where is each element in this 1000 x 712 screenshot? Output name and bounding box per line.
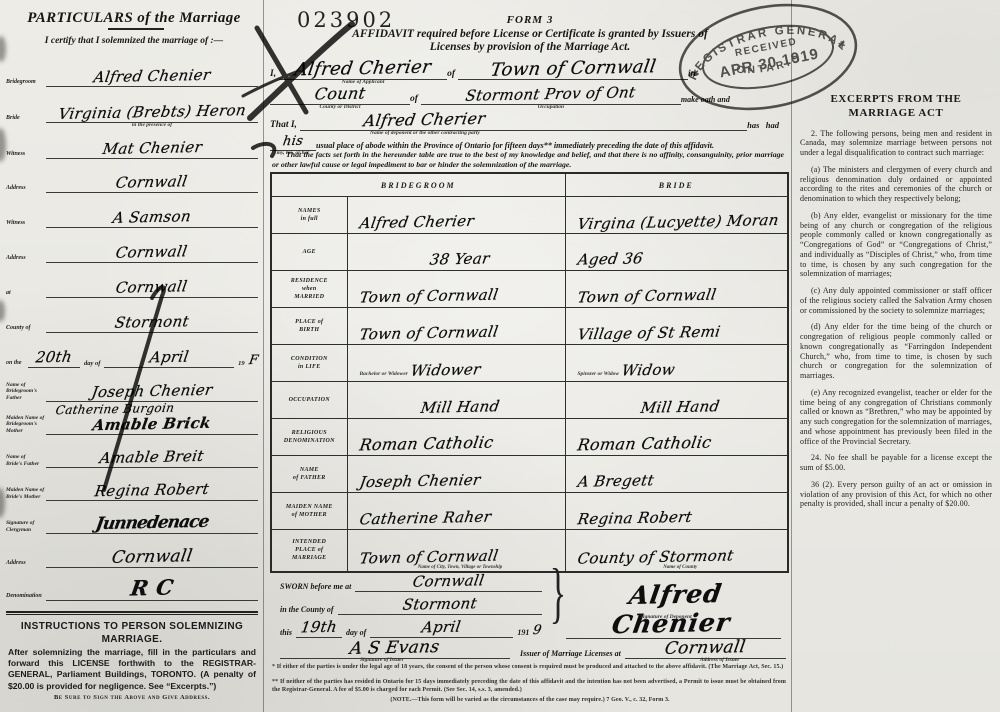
field-label: at <box>6 290 46 298</box>
excerpts-column: EXCERPTS FROM THE MARRIAGE ACT 2. The fo… <box>800 92 992 516</box>
field-label: on the <box>6 360 28 368</box>
line1-pre: I, <box>270 69 279 80</box>
field-row-county: County of Stormont <box>6 302 258 333</box>
instructions-footer: Be Sure to Sign the Above and Give Addre… <box>8 694 256 701</box>
table-row-intended-place: INTENDED PLACE of MARRIAGE Town of Cornw… <box>271 530 788 572</box>
field-row-address-2: Address Cornwall <box>6 232 258 263</box>
table-row-birthplace: PLACE of BIRTH Town of Cornwall Village … <box>271 308 788 345</box>
field-row-groom-mother: Maiden Name of Bridegroom's Mother Cathe… <box>6 404 258 435</box>
sworn-day-hw: 19th <box>300 618 339 637</box>
groom-condition-sublabel: Bachelor or Widower <box>360 371 408 377</box>
field-value: Amable Brick <box>92 414 213 434</box>
field-label: Denomination <box>6 593 46 601</box>
field-label: Address <box>6 255 46 263</box>
field-row-bridegroom: Bridegroom Alfred Chenier <box>6 56 258 87</box>
excerpt-s2: 2. The following persons, being men and … <box>800 129 992 158</box>
excerpt-s24: 24. No fee shall be payable for a licens… <box>800 453 992 473</box>
groom-birthplace: Town of Cornwall <box>358 323 499 344</box>
field-value: R C <box>129 575 175 601</box>
field-label: Name of Bride's Father <box>6 454 46 468</box>
field-row-bride-father: Name of Bride's Father Amable Breit <box>6 437 258 468</box>
sworn-this: this <box>280 628 296 638</box>
field-value: Cornwall <box>115 172 189 191</box>
groom-condition: Widower <box>409 360 482 379</box>
issuer-printed-label: Issuer of Marriage Licenses at <box>510 649 625 659</box>
marriage-affidavit-document: PARTICULARS of the Marriage I certify th… <box>0 0 1000 712</box>
sworn-line-2: in the County of Stormont <box>280 595 542 615</box>
field-value: A Samson <box>112 207 193 227</box>
excerpt-a: (a) The ministers and clergymen of every… <box>800 165 992 204</box>
field-row-date: on the 20th day of April 19 F <box>6 337 258 368</box>
table-row-father: NAME of FATHER Joseph Chenier A Bregett <box>271 456 788 493</box>
issuer-address-sublabel: Address of Issuer <box>700 657 739 663</box>
field-row-denomination: Denomination R C <box>6 570 258 601</box>
sworn-line-1: SWORN before me at Cornwall <box>280 572 542 592</box>
table-header-row: BRIDEGROOM BRIDE <box>271 173 788 197</box>
groom-denomination: Roman Catholic <box>358 433 495 455</box>
header-bride: BRIDE <box>565 173 788 197</box>
issuer-signature-sublabel: Signature of Issuer <box>360 657 404 663</box>
date-mid-label: day of <box>80 360 104 368</box>
groom-mother: Catherine Raher <box>358 508 492 529</box>
field-value: Joseph Chenier <box>90 381 214 402</box>
sworn-year-hw: 9 <box>532 623 543 638</box>
field-row-groom-father: Name of Bridegroom's Father Joseph Cheni… <box>6 371 258 402</box>
sworn-line-3: this 19th day of April 191 9 <box>280 618 542 638</box>
groom-occupation: Mill Hand <box>419 397 501 417</box>
sworn-place-hw: Cornwall <box>412 571 486 590</box>
field-row-witness-1: Witness Mat Chenier <box>6 128 258 159</box>
line3-pre: That I, <box>270 120 300 131</box>
line1-mid: of <box>447 69 458 80</box>
sworn-county-hw: Stormont <box>401 594 478 614</box>
bride-condition-sublabel: Spinster or Widow <box>578 371 620 377</box>
groom-age: 38 Year <box>429 249 492 268</box>
title-underline <box>108 28 164 30</box>
field-label: Bridegroom <box>6 79 46 87</box>
field-row-at: at Cornwall <box>6 267 258 298</box>
certify-line: I certify that I solemnized the marriage… <box>10 36 258 46</box>
field-row-address-3: Address Cornwall <box>6 537 258 568</box>
field-value: Cornwall <box>115 277 189 296</box>
scan-smudge <box>0 488 5 518</box>
groom-names: Alfred Cherier <box>358 212 475 232</box>
field-value: Stormont <box>114 312 191 332</box>
date-year-printed: 19 <box>234 360 249 368</box>
stamp-star-left: ✱ <box>691 67 700 78</box>
row-label: RESIDENCE when MARRIED <box>271 271 347 308</box>
county-hw: Count <box>313 83 367 103</box>
field-label: Maiden Name of Bridegroom's Mother <box>6 415 46 435</box>
bride-father: A Bregett <box>576 471 655 491</box>
footnote-3: (NOTE.—This form will be varied as the c… <box>300 697 760 705</box>
row-label: NAME of FATHER <box>271 456 347 493</box>
issuer-line: A S Evans Issuer of Marriage Licenses at… <box>280 638 786 659</box>
deponent-signature-line: Alfred Chenier <box>566 580 781 639</box>
field-label: Name of Bridegroom's Father <box>6 382 46 402</box>
date-month: April <box>148 348 190 367</box>
field-row-bride: Bride Virginia (Brebts) Heron in the pre… <box>6 92 258 123</box>
pronoun-hw: his <box>282 134 305 149</box>
groom-intended-place: Town of Cornwall <box>358 546 499 567</box>
field-value: Mat Chenier <box>101 138 203 158</box>
instructions-rule-top <box>6 611 258 613</box>
field-value: Cornwall <box>115 242 189 261</box>
groom-residence: Town of Cornwall <box>358 286 499 307</box>
footnote-1: * If either of the parties is under the … <box>272 664 786 672</box>
sworn-year-printed: 191 <box>513 628 533 638</box>
deponent-name-hw: Alfred Cherier <box>363 109 488 131</box>
deponent-signature-sublabel: Signature of Deponent <box>640 614 692 620</box>
row-label: AGE <box>271 234 347 271</box>
field-label: Address <box>6 560 46 568</box>
line3-end: has had <box>747 120 782 131</box>
field-value: Alfred Chenier <box>92 66 212 86</box>
applicant-name-hw: Alfred Cherier <box>293 57 432 81</box>
date-year-hw: F <box>247 353 259 368</box>
field-label: Witness <box>6 220 46 228</box>
issuer-address-hw: Cornwall <box>664 637 748 659</box>
table-row-mother: MAIDEN NAME of MOTHER Catherine Raher Re… <box>271 493 788 530</box>
occupation-hw: Stormont Prov of Ont <box>465 83 637 105</box>
bride-intended-place: County of Stormont <box>576 546 735 567</box>
table-row-names: NAMES in full Alfred Cherier Virgina (Lu… <box>271 197 788 234</box>
line2-mid: of <box>410 94 421 105</box>
bride-mother: Regina Robert <box>576 508 693 528</box>
field-row-clergy-signature: Signature of Clergyman Junnedenace <box>6 503 258 534</box>
field-row-witness-2: Witness A Samson <box>6 197 258 228</box>
row-label: CONDITION in LIFE <box>271 345 347 382</box>
header-bridegroom: BRIDEGROOM <box>271 173 565 197</box>
applicant-place-hw: Town of Cornwall <box>489 56 657 80</box>
date-day: 20th <box>35 348 74 367</box>
instructions-rule-top-2 <box>6 614 258 615</box>
declaration-paragraph: That the facts set forth in the hereunde… <box>272 150 784 169</box>
bride-denomination: Roman Catholic <box>576 433 713 455</box>
groom-father: Joseph Chenier <box>358 471 482 492</box>
bride-occupation: Mill Hand <box>639 397 721 417</box>
excerpt-e: (e) Any recognized evangelist, teacher o… <box>800 388 992 447</box>
bride-names: Virgina (Lucyette) Moran <box>576 211 780 233</box>
deponent-signature: Alfred Chenier <box>561 578 786 640</box>
issuer-signature: A S Evans <box>349 637 442 659</box>
instructions-body: After solemnizing the marriage, fill in … <box>8 647 256 692</box>
row-label: OCCUPATION <box>271 382 347 419</box>
field-row-bride-mother: Maiden Name of Bride's Mother Regina Rob… <box>6 470 258 501</box>
bride-age: Aged 36 <box>576 249 644 268</box>
excerpt-s36: 36 (2). Every person guilty of an act or… <box>800 480 992 509</box>
scan-smudge <box>0 300 5 322</box>
field-value: Virginia (Brebts) Heron <box>57 101 247 123</box>
field-value: Cornwall <box>110 546 194 568</box>
bride-residence: Town of Cornwall <box>576 286 717 307</box>
field-label: Signature of Clergyman <box>6 520 46 534</box>
field-label: Maiden Name of Bride's Mother <box>6 487 46 501</box>
field-value: Regina Robert <box>93 480 210 500</box>
sworn-pre-2: in the County of <box>280 605 338 615</box>
field-label: Witness <box>6 151 46 159</box>
field-row-address-1: Address Cornwall <box>6 162 258 193</box>
field-value: Amable Breit <box>99 447 206 467</box>
row-label: MAIDEN NAME of MOTHER <box>271 493 347 530</box>
field-label: Bride <box>6 115 46 123</box>
sworn-month-hw: April <box>421 618 463 637</box>
table-row-condition: CONDITION in LIFE Bachelor or WidowerWid… <box>271 345 788 382</box>
affidavit-line-4: his my, his, or her usual place of abode… <box>270 132 782 151</box>
stamp-star-right: ✱ <box>837 39 846 50</box>
excerpt-d: (d) Any elder for the time being of the … <box>800 322 992 381</box>
excerpt-b: (b) Any elder, evangelist or missionary … <box>800 211 992 279</box>
instructions-title: INSTRUCTIONS TO PERSON SOLEMNIZING MARRI… <box>8 621 256 646</box>
particulars-title: PARTICULARS of the Marriage <box>10 10 258 27</box>
row-label: INTENDED PLACE of MARRIAGE <box>271 530 347 572</box>
row-label: PLACE of BIRTH <box>271 308 347 345</box>
bride-birthplace: Village of St Remi <box>576 323 721 344</box>
row-label: NAMES in full <box>271 197 347 234</box>
form-label: FORM 3 <box>430 14 630 26</box>
table-row-age: AGE 38 Year Aged 36 <box>271 234 788 271</box>
sworn-dayof: day of <box>342 628 370 638</box>
bridegroom-bride-table: BRIDEGROOM BRIDE NAMES in full Alfred Ch… <box>270 172 789 573</box>
table-row-denomination: RELIGIOUS DENOMINATION Roman Catholic Ro… <box>271 419 788 456</box>
field-label: Address <box>6 185 46 193</box>
footnote-2: ** If neither of the parties has resided… <box>272 679 786 694</box>
field-label: County of <box>6 325 46 333</box>
bride-condition: Widow <box>621 360 677 379</box>
sworn-pre-1: SWORN before me at <box>280 582 355 592</box>
table-row-occupation: OCCUPATION Mill Hand Mill Hand <box>271 382 788 419</box>
column-divider-left <box>263 0 264 712</box>
excerpt-c: (c) Any duly appointed commissioner or s… <box>800 286 992 315</box>
field-value: Junnedenace <box>94 512 210 534</box>
row-label: RELIGIOUS DENOMINATION <box>271 419 347 456</box>
table-row-residence: RESIDENCE when MARRIED Town of Cornwall … <box>271 271 788 308</box>
